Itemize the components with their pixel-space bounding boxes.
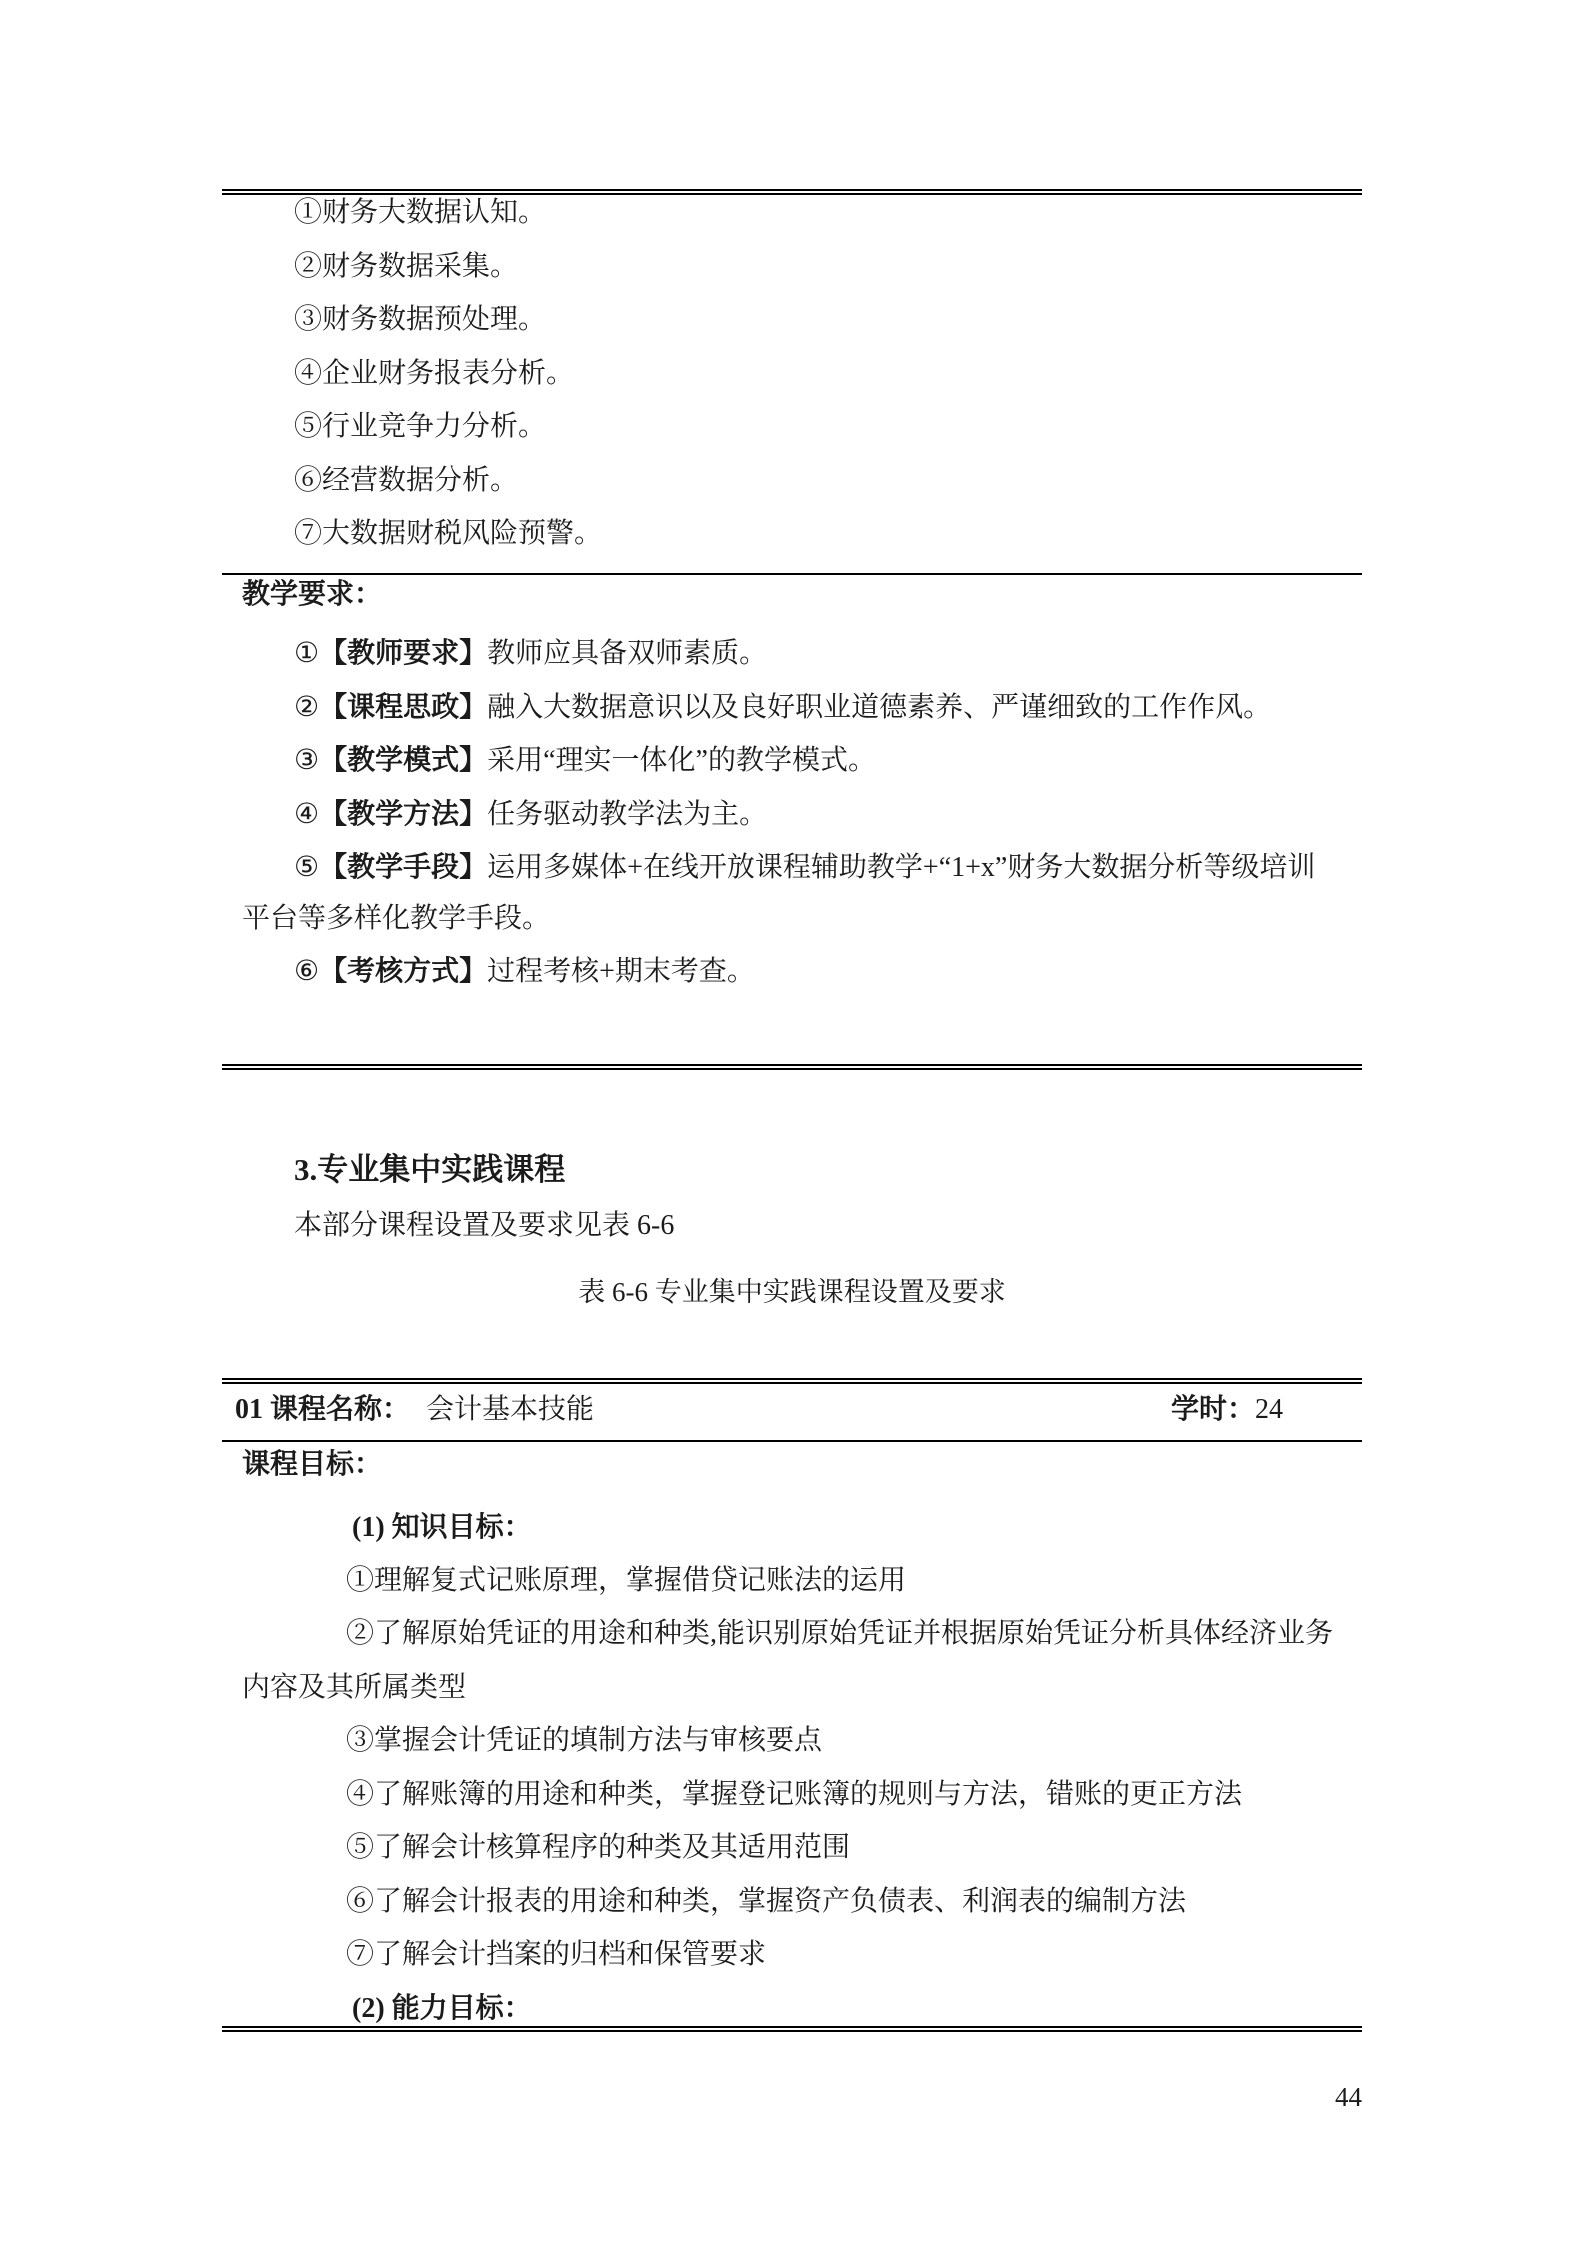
table2-top-border: [222, 1378, 1362, 1384]
requirement-tag: 【教学模式】: [319, 745, 487, 776]
course-content-item-1: ①财务大数据认知。: [294, 193, 546, 233]
table-caption: 表 6-6 专业集中实践课程设置及要求: [222, 1272, 1362, 1312]
document-page: ①财务大数据认知。 ②财务数据采集。 ③财务数据预处理。 ④企业财务报表分析。 …: [0, 0, 1587, 2245]
page-number: 44: [1222, 2077, 1362, 2117]
requirement-item-3: ③【教学模式】采用“理实一体化”的教学模式。: [294, 741, 876, 781]
teaching-requirements-label: 教学要求：: [242, 575, 382, 615]
requirement-num: ③: [294, 745, 319, 776]
requirement-tag: 【教师要求】: [319, 638, 487, 669]
requirement-text: 采用“理实一体化”的教学模式。: [487, 745, 876, 776]
table2-header-separator: [222, 1440, 1362, 1442]
requirement-text: 教师应具备双师素质。: [487, 638, 767, 669]
requirement-text: 融入大数据意识以及良好职业道德素养、严谨细致的工作作风。: [487, 692, 1271, 723]
course-content-item-7: ⑦大数据财税风险预警。: [294, 514, 602, 554]
course-name: 会计基本技能: [426, 1394, 594, 1425]
requirement-tag: 【教学手段】: [319, 852, 487, 883]
table2-header-left: 01 课程名称：会计基本技能: [235, 1390, 594, 1430]
requirement-item-2: ②【课程思政】融入大数据意识以及良好职业道德素养、严谨细致的工作作风。: [294, 688, 1271, 728]
knowledge-item-2: ②了解原始凭证的用途和种类,能识别原始凭证并根据原始凭证分析具体经济业务: [346, 1614, 1333, 1654]
hours-value: 24: [1255, 1394, 1283, 1425]
requirement-item-6: ⑥【考核方式】过程考核+期末考查。: [294, 952, 755, 992]
hours-label: 学时：: [1171, 1394, 1255, 1425]
requirement-text: 任务驱动教学法为主。: [487, 799, 767, 830]
requirement-item-1: ①【教师要求】教师应具备双师素质。: [294, 634, 767, 674]
requirement-num: ④: [294, 799, 319, 830]
table2-bottom-border: [222, 2026, 1362, 2032]
knowledge-item-4: ④了解账簿的用途和种类，掌握登记账簿的规则与方法，错账的更正方法: [346, 1775, 1242, 1815]
course-objectives-label: 课程目标：: [242, 1445, 382, 1485]
knowledge-objectives-heading: (1) 知识目标：: [352, 1508, 532, 1548]
knowledge-item-5: ⑤了解会计核算程序的种类及其适用范围: [346, 1828, 850, 1868]
requirement-item-4: ④【教学方法】任务驱动教学法为主。: [294, 795, 767, 835]
requirement-num: ⑥: [294, 956, 319, 987]
knowledge-item-3: ③掌握会计凭证的填制方法与审核要点: [346, 1721, 822, 1761]
requirement-tag: 【课程思政】: [319, 692, 487, 723]
table2-header-right: 学时：24: [1171, 1390, 1283, 1430]
knowledge-item-2-wrap: 内容及其所属类型: [242, 1668, 466, 1708]
table1-row-separator: [222, 573, 1362, 575]
requirement-num: ②: [294, 692, 319, 723]
course-content-item-5: ⑤行业竞争力分析。: [294, 407, 546, 447]
course-content-item-6: ⑥经营数据分析。: [294, 461, 518, 501]
course-number-label: 01 课程名称：: [235, 1394, 410, 1425]
requirement-tag: 【考核方式】: [319, 956, 487, 987]
requirement-tag: 【教学方法】: [319, 799, 487, 830]
course-content-item-4: ④企业财务报表分析。: [294, 354, 574, 394]
requirement-item-5-wrap: 平台等多样化教学手段。: [242, 899, 550, 939]
course-content-item-2: ②财务数据采集。: [294, 247, 518, 287]
section-intro: 本部分课程设置及要求见表 6-6: [294, 1206, 674, 1246]
knowledge-item-1: ①理解复式记账原理，掌握借贷记账法的运用: [346, 1561, 906, 1601]
ability-objectives-heading: (2) 能力目标：: [352, 1989, 532, 2029]
knowledge-item-7: ⑦了解会计挡案的归档和保管要求: [346, 1935, 766, 1975]
requirement-num: ①: [294, 638, 319, 669]
course-content-item-3: ③财务数据预处理。: [294, 300, 546, 340]
requirement-text: 过程考核+期末考查。: [487, 956, 755, 987]
section-heading: 3.专业集中实践课程: [294, 1148, 565, 1192]
knowledge-item-6: ⑥了解会计报表的用途和种类，掌握资产负债表、利润表的编制方法: [346, 1882, 1186, 1922]
requirement-num: ⑤: [294, 852, 319, 883]
table1-bottom-border: [222, 1064, 1362, 1070]
requirement-text: 运用多媒体+在线开放课程辅助教学+“1+x”财务大数据分析等级培训: [487, 852, 1315, 883]
requirement-item-5: ⑤【教学手段】运用多媒体+在线开放课程辅助教学+“1+x”财务大数据分析等级培训: [294, 848, 1315, 888]
